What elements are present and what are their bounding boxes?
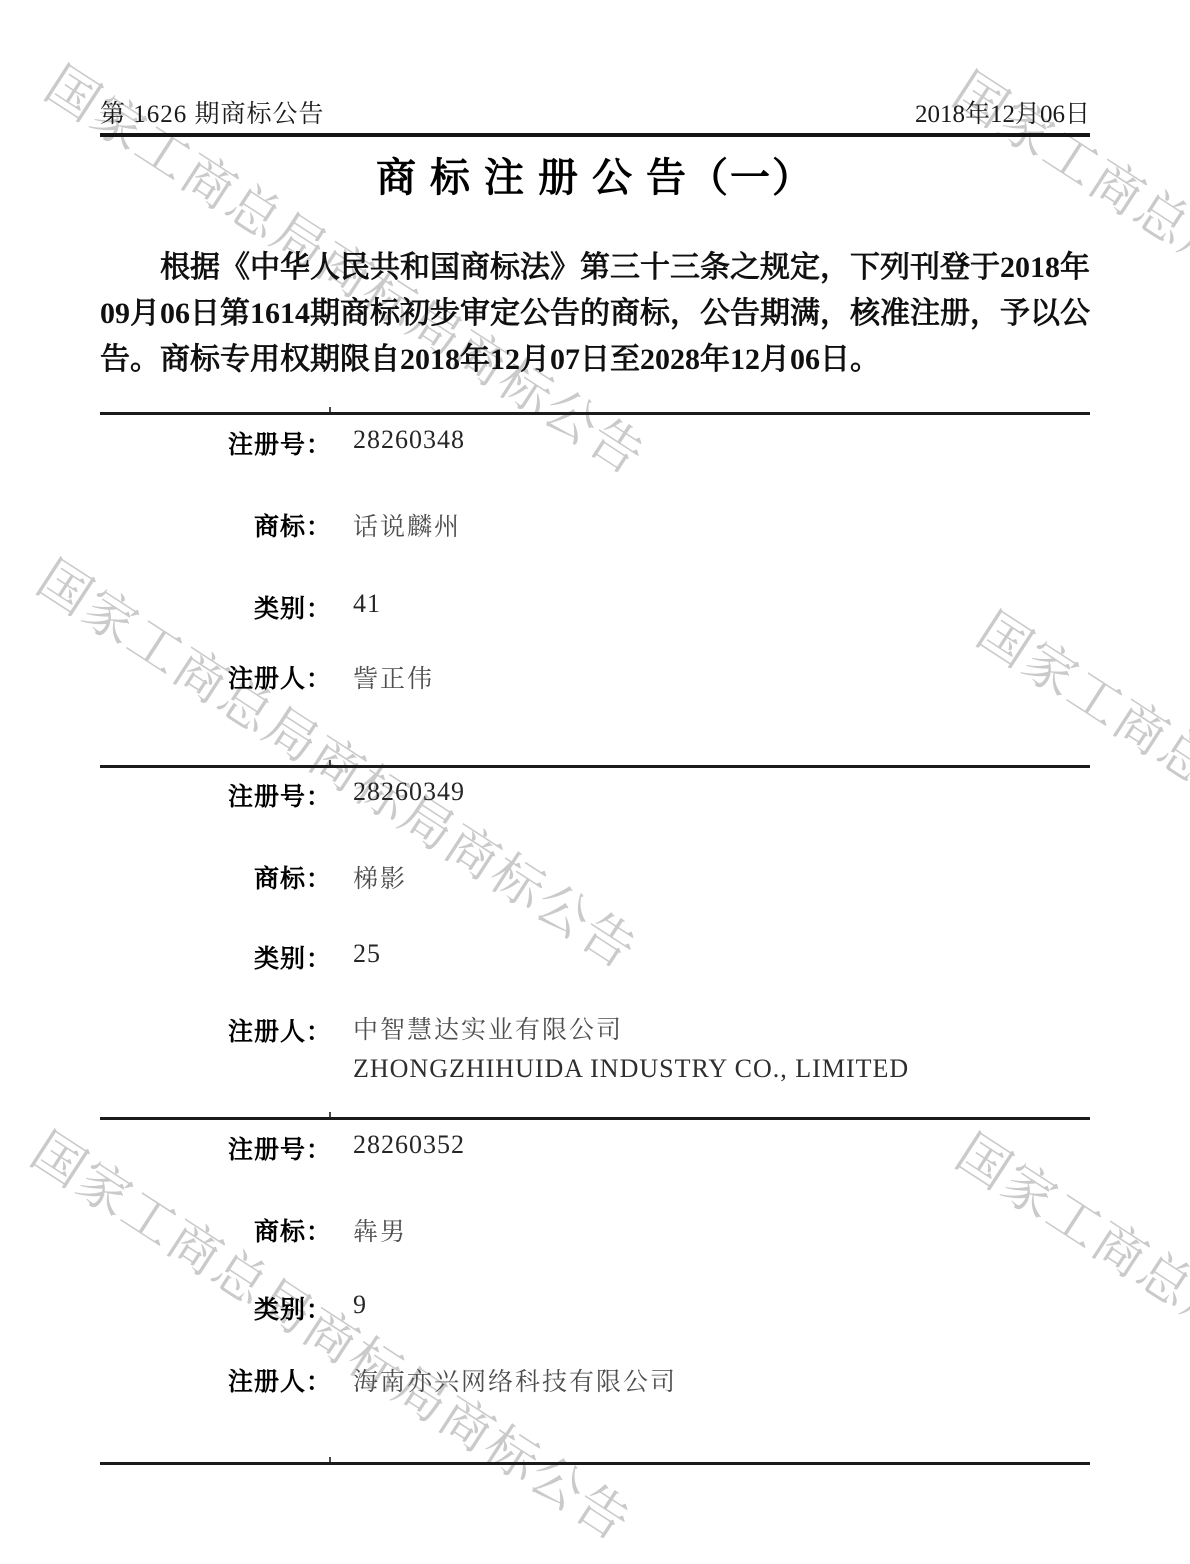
registrant-en-value: ZHONGZHIHUIDA INDUSTRY CO., LIMITED bbox=[353, 1050, 909, 1088]
registrant-value: 海南亦兴网络科技有限公司 bbox=[353, 1362, 677, 1398]
reg-no-label: 注册号： bbox=[100, 1130, 332, 1166]
field-row-registrant: 注册人： 海南亦兴网络科技有限公司 bbox=[100, 1362, 1090, 1398]
category-value: 41 bbox=[353, 589, 381, 619]
field-row-trademark: 商标： 梯影 bbox=[100, 859, 1090, 895]
gazette-page: 国家工商总局商标局商标公告 国家工商总局商标局商标公告 国家工商总局商标局商标公… bbox=[0, 0, 1190, 1564]
category-value: 25 bbox=[353, 939, 381, 969]
issue-number-label: 第 1626 期商标公告 bbox=[100, 94, 325, 130]
section-divider bbox=[100, 1117, 1090, 1120]
section-divider bbox=[100, 412, 1090, 415]
header-divider bbox=[100, 133, 1090, 137]
field-row-trademark: 商标： 犇男 bbox=[100, 1212, 1090, 1248]
trademark-label: 商标： bbox=[100, 507, 332, 543]
section-divider bbox=[100, 765, 1090, 768]
registrant-value: 訾正伟 bbox=[353, 659, 434, 695]
category-value: 9 bbox=[353, 1290, 367, 1320]
registrant-value: 中智慧达实业有限公司 bbox=[353, 1012, 909, 1050]
field-row-registrant: 注册人： 中智慧达实业有限公司 ZHONGZHIHUIDA INDUSTRY C… bbox=[100, 1012, 1090, 1088]
reg-no-label: 注册号： bbox=[100, 425, 332, 461]
field-row-reg-no: 注册号： 28260349 bbox=[100, 777, 1090, 813]
trademark-value: 梯影 bbox=[353, 859, 407, 895]
trademark-label: 商标： bbox=[100, 1212, 332, 1248]
watermark-bottom-left: 国家工商总局商标局商标公告 bbox=[19, 1110, 649, 1555]
category-label: 类别： bbox=[100, 939, 332, 975]
field-row-registrant: 注册人： 訾正伟 bbox=[100, 659, 1090, 695]
category-label: 类别： bbox=[100, 589, 332, 625]
trademark-value: 犇男 bbox=[353, 1212, 407, 1248]
trademark-value: 话说麟州 bbox=[353, 507, 461, 543]
page-header: 第 1626 期商标公告 2018年12月06日 bbox=[100, 94, 1090, 130]
field-row-reg-no: 注册号： 28260352 bbox=[100, 1130, 1090, 1166]
field-row-category: 类别： 9 bbox=[100, 1290, 1090, 1326]
registrant-label: 注册人： bbox=[100, 1012, 332, 1048]
registrant-value-group: 中智慧达实业有限公司 ZHONGZHIHUIDA INDUSTRY CO., L… bbox=[353, 1012, 909, 1088]
reg-no-label: 注册号： bbox=[100, 777, 332, 813]
field-row-category: 类别： 41 bbox=[100, 589, 1090, 625]
page-title: 商 标 注 册 公 告（一） bbox=[0, 146, 1190, 203]
category-label: 类别： bbox=[100, 1290, 332, 1326]
section-divider-bottom bbox=[100, 1462, 1090, 1465]
field-row-trademark: 商标： 话说麟州 bbox=[100, 507, 1090, 543]
intro-paragraph: 根据《中华人民共和国商标法》第三十三条之规定，下列刊登于2018年09月06日第… bbox=[100, 245, 1090, 383]
field-row-reg-no: 注册号： 28260348 bbox=[100, 425, 1090, 461]
field-row-category: 类别： 25 bbox=[100, 939, 1090, 975]
publication-date: 2018年12月06日 bbox=[915, 94, 1090, 130]
reg-no-value: 28260349 bbox=[353, 777, 465, 807]
registrant-label: 注册人： bbox=[100, 659, 332, 695]
trademark-label: 商标： bbox=[100, 859, 332, 895]
reg-no-value: 28260348 bbox=[353, 425, 465, 455]
watermark-bottom-right: 国家工商总局商标局商标公告 bbox=[944, 1112, 1190, 1557]
registrant-label: 注册人： bbox=[100, 1362, 332, 1398]
reg-no-value: 28260352 bbox=[353, 1130, 465, 1160]
